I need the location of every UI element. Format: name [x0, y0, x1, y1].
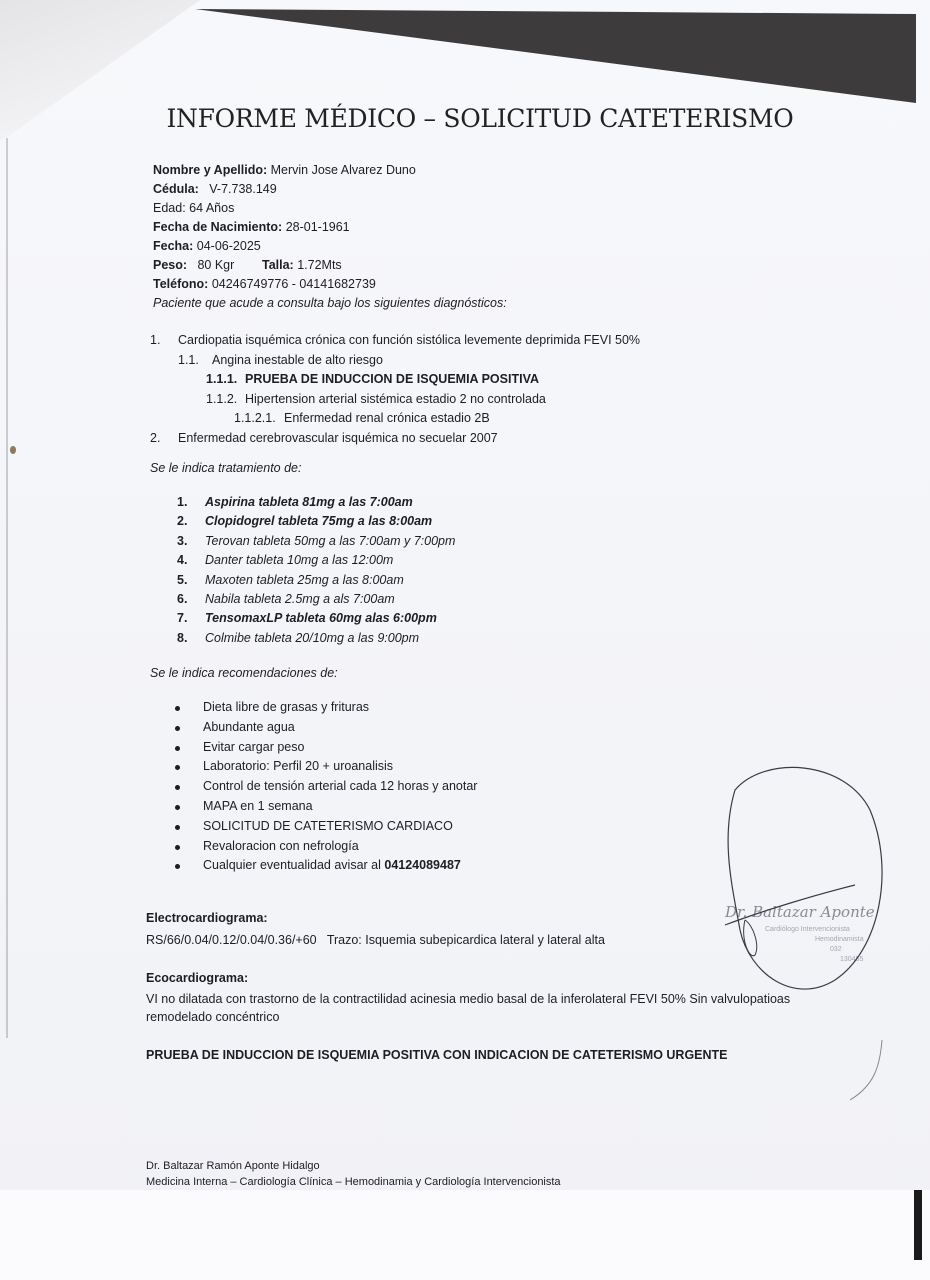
diagnosis-text: Cardiopatia isquémica crónica con funció…: [178, 333, 640, 347]
patient-weight-label: Peso:: [153, 258, 187, 272]
diagnoses-intro: Paciente que acude a consulta bajo los s…: [153, 294, 507, 313]
echo-line-1: VI no dilatada con trastorno de la contr…: [146, 990, 790, 1009]
treatment-text: Clopidogrel tableta 75mg a las 8:00am: [205, 514, 432, 528]
treatment-text: Aspirina tableta 81mg a las 7:00am: [205, 495, 413, 509]
diagnosis-number: 1.1.1.: [206, 372, 237, 386]
diagnosis-number: 2.: [150, 431, 160, 445]
treatment-text: Colmibe tableta 20/10mg a las 9:00pm: [205, 631, 419, 645]
bullet-icon: [175, 805, 180, 810]
bullet-icon: [175, 825, 180, 830]
scan-edge-bar: [914, 1190, 922, 1260]
treatment-number: 5.: [177, 573, 187, 587]
scanned-page: INFORME MÉDICO – SOLICITUD CATETERISMO N…: [0, 0, 930, 1280]
report-date: Fecha: 04-06-2025: [153, 237, 261, 256]
bullet-icon: [175, 785, 180, 790]
handwritten-signature: [705, 760, 905, 1000]
treatment-text: TensomaxLP tableta 60mg alas 6:00pm: [205, 611, 437, 625]
treatment-text: Nabila tableta 2.5mg a als 7:00am: [205, 592, 395, 606]
recommendation-text: Dieta libre de grasas y frituras: [203, 700, 369, 714]
diagnosis-text: Hipertension arterial sistémica estadio …: [245, 392, 546, 406]
treatment-text: Terovan tableta 50mg a las 7:00am y 7:00…: [205, 534, 455, 548]
ecg-text: RS/66/0.04/0.12/0.04/0.36/+60 Trazo: Isq…: [146, 931, 605, 950]
treatment-heading: Se le indica tratamiento de:: [150, 459, 301, 478]
pen-mark: [840, 1035, 890, 1105]
page-edge-shadow: [6, 138, 8, 1038]
patient-id-label: Cédula:: [153, 182, 199, 196]
header-band: [0, 0, 930, 120]
diagnosis-text: PRUEBA DE INDUCCION DE ISQUEMIA POSITIVA: [245, 372, 539, 386]
patient-dob-value: 28-01-1961: [286, 220, 350, 234]
treatment-number: 2.: [177, 514, 187, 528]
bullet-icon: [175, 746, 180, 751]
recommendation-text: MAPA en 1 semana: [203, 799, 313, 813]
recommendation-text: Abundante agua: [203, 720, 295, 734]
treatment-number: 7.: [177, 611, 187, 625]
patient-id: Cédula: V-7.738.149: [153, 180, 277, 199]
bullet-icon: [175, 726, 180, 731]
diagnosis-number: 1.: [150, 333, 160, 347]
patient-height: Talla: 1.72Mts: [262, 256, 342, 275]
patient-name: Nombre y Apellido: Mervin Jose Alvarez D…: [153, 161, 416, 180]
recommendation-text: Cualquier eventualidad avisar al 0412408…: [203, 858, 461, 872]
report-date-label: Fecha:: [153, 239, 193, 253]
patient-height-label: Talla:: [262, 258, 294, 272]
patient-phone-label: Teléfono:: [153, 277, 208, 291]
emergency-phone: 04124089487: [384, 858, 460, 872]
report-date-value: 04-06-2025: [197, 239, 261, 253]
conclusion: PRUEBA DE INDUCCION DE ISQUEMIA POSITIVA…: [146, 1046, 728, 1065]
recommendations-heading: Se le indica recomendaciones de:: [150, 664, 338, 683]
patient-height-value: 1.72Mts: [297, 258, 341, 272]
patient-age-label: Edad:: [153, 201, 186, 215]
document-title: INFORME MÉDICO – SOLICITUD CATETERISMO: [0, 104, 930, 133]
scan-smudge: [10, 446, 16, 454]
patient-name-value: Mervin Jose Alvarez Duno: [271, 163, 416, 177]
treatment-number: 3.: [177, 534, 187, 548]
patient-dob: Fecha de Nacimiento: 28-01-1961: [153, 218, 350, 237]
patient-phone: Teléfono: 04246749776 - 04141682739: [153, 275, 376, 294]
patient-dob-label: Fecha de Nacimiento:: [153, 220, 282, 234]
recommendation-text: SOLICITUD DE CATETERISMO CARDIACO: [203, 819, 453, 833]
patient-age: Edad: 64 Años: [153, 199, 234, 218]
recommendation-text: Control de tensión arterial cada 12 hora…: [203, 779, 477, 793]
treatment-text: Maxoten tableta 25mg a las 8:00am: [205, 573, 404, 587]
patient-weight: Peso: 80 Kgr: [153, 256, 234, 275]
bullet-icon: [175, 845, 180, 850]
diagnosis-number: 1.1.2.1.: [234, 411, 276, 425]
diagnosis-text: Enfermedad renal crónica estadio 2B: [284, 411, 490, 425]
treatment-number: 8.: [177, 631, 187, 645]
patient-name-label: Nombre y Apellido:: [153, 163, 267, 177]
diagnosis-number: 1.1.: [178, 353, 199, 367]
recommendation-text: Laboratorio: Perfil 20 + uroanalisis: [203, 759, 393, 773]
ecg-heading: Electrocardiograma:: [146, 909, 268, 928]
treatment-number: 1.: [177, 495, 187, 509]
recommendation-text: Revaloracion con nefrología: [203, 839, 359, 853]
patient-phone-value: 04246749776 - 04141682739: [212, 277, 376, 291]
doctor-specialties: Medicina Interna – Cardiología Clínica –…: [146, 1173, 561, 1192]
diagnosis-text: Enfermedad cerebrovascular isquémica no …: [178, 431, 498, 445]
bullet-icon: [175, 706, 180, 711]
echo-heading: Ecocardiograma:: [146, 969, 248, 988]
echo-line-2: remodelado concéntrico: [146, 1008, 279, 1027]
diagnosis-number: 1.1.2.: [206, 392, 237, 406]
treatment-text: Danter tableta 10mg a las 12:00m: [205, 553, 393, 567]
bullet-icon: [175, 864, 180, 869]
treatment-number: 4.: [177, 553, 187, 567]
patient-weight-value: 80 Kgr: [197, 258, 234, 272]
patient-id-value: V-7.738.149: [209, 182, 276, 196]
bullet-icon: [175, 765, 180, 770]
recommendation-text: Evitar cargar peso: [203, 740, 304, 754]
scan-bottom-margin: [0, 1190, 930, 1280]
treatment-number: 6.: [177, 592, 187, 606]
diagnosis-text: Angina inestable de alto riesgo: [212, 353, 383, 367]
patient-age-value: 64 Años: [189, 201, 234, 215]
